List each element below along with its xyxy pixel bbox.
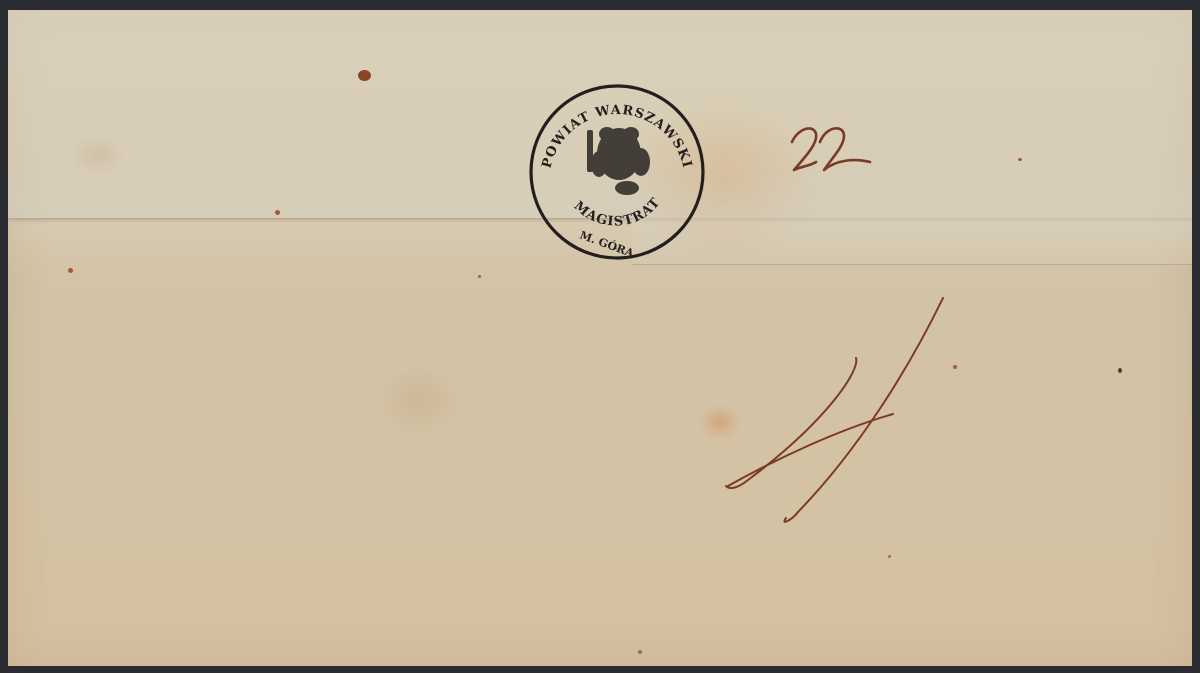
marks-layer: POWIAT WARSZAWSKI MAGISTRAT M. GÓRA · · … [8,10,1192,666]
manuscript-4-text: 4 [808,429,810,431]
postmark-inner-text: MAGISTRAT [571,195,664,230]
manuscript-22-text: 22 [790,177,793,179]
manuscript-22 [792,128,870,170]
eagle-emblem-icon [587,127,650,195]
postal-cover: POWIAT WARSZAWSKI MAGISTRAT M. GÓRA · · … [8,10,1192,666]
postmark-date-fragment: · · · [609,245,623,255]
postmark: POWIAT WARSZAWSKI MAGISTRAT M. GÓRA · · … [531,86,703,260]
postmark-bottom-text: M. GÓRA [578,228,636,261]
manuscript-4 [726,298,943,522]
